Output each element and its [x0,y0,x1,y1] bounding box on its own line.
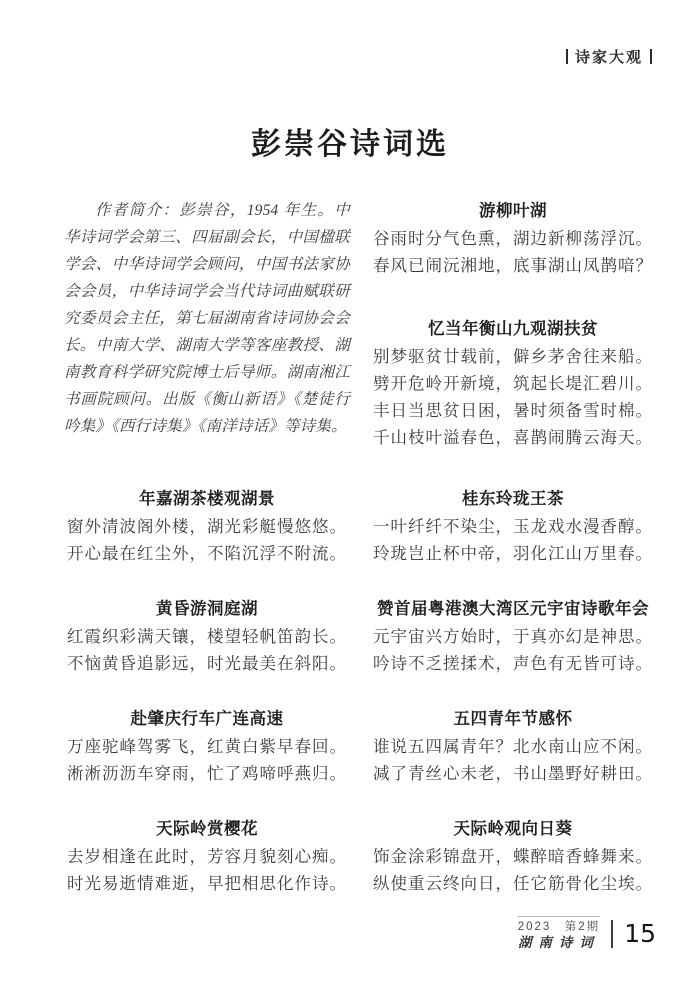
poem-line: 饰金涂彩锦盘开，蝶醉暗香蜂舞来。 [370,843,656,870]
footer-divider [611,920,613,948]
section-label: 诗家大观 [575,46,643,67]
poem-line: 一叶纤纤不染尘，玉龙戏水漫香醇。 [370,513,656,540]
poem-line: 淅淅沥沥车穿雨，忙了鸡啼呼燕归。 [64,760,350,787]
poem: 年嘉湖茶楼观湖景 窗外清波阁外楼，湖光彩艇慢悠悠。 开心最在红尘外，不陷沉浮不附… [64,485,350,595]
poem-line: 玲珑岂止杯中帝，羽化江山万里春。 [370,540,656,567]
poem-line: 春风已闹沅湘地，底事湖山凤鹊喑？ [370,252,656,279]
right-bar-icon [650,49,652,64]
poem-title: 年嘉湖茶楼观湖景 [64,485,350,513]
poem: 忆当年衡山九观湖扶贫 别梦驱贫廿载前，僻乡茅舍往来船。 劈开危岭开新境，筑起长堤… [370,315,656,485]
poem: 赞首届粤港澳大湾区元宇宙诗歌年会 元宇宙兴方始时，于真亦幻是神思。 吟诗不乏搓揉… [370,595,656,705]
poem: 游柳叶湖 谷雨时分气色熏，湖边新柳荡浮沉。 春风已闹沅湘地，底事湖山凤鹊喑？ [370,197,656,315]
poem-line: 千山枝叶溢春色，喜鹊闹腾云海天。 [370,424,656,451]
poem-title: 游柳叶湖 [370,197,656,225]
left-bar-icon [566,49,568,64]
poem-title: 五四青年节感怀 [370,705,656,733]
issue-line: 2023 第2期 [518,920,600,934]
poem-line: 时光易逝情难逝，早把相思化作诗。 [64,870,350,897]
poem-line: 窗外清波阁外楼，湖光彩艇慢悠悠。 [64,513,350,540]
page-footer: 2023 第2期 湖南诗词 15 [518,916,656,951]
poem-line: 元宇宙兴方始时，于真亦幻是神思。 [370,623,656,650]
poem-title: 天际岭观向日葵 [370,815,656,843]
poem: 黄昏游洞庭湖 红霞织彩满天镶，楼望轻帆笛韵长。 不恼黄昏追影远，时光最美在斜阳。 [64,595,350,705]
author-intro: 作者简介：彭崇谷，1954 年生。中华诗词学会第三、四届副会长，中国楹联学会、中… [64,197,350,485]
poem: 桂东玲珑王茶 一叶纤纤不染尘，玉龙戏水漫香醇。 玲珑岂止杯中帝，羽化江山万里春。 [370,485,656,595]
poem: 天际岭赏樱花 去岁相逢在此时，芳容月貌刻心痴。 时光易逝情难逝，早把相思化作诗。 [64,815,350,925]
section-tag: 诗家大观 [566,46,652,67]
poem-line: 万座驼峰驾雾飞，红黄白紫早春回。 [64,733,350,760]
page-number: 15 [624,919,656,949]
poem-title: 天际岭赏樱花 [64,815,350,843]
journal-name: 湖南诗词 [518,934,600,951]
poem-title: 忆当年衡山九观湖扶贫 [370,315,656,343]
poem-line: 去岁相逢在此时，芳容月貌刻心痴。 [64,843,350,870]
poem-line: 别梦驱贫廿载前，僻乡茅舍往来船。 [370,343,656,370]
magazine-page: 诗家大观 彭崇谷诗词选 作者简介：彭崇谷，1954 年生。中华诗词学会第三、四届… [0,0,700,989]
poem-line: 红霞织彩满天镶，楼望轻帆笛韵长。 [64,623,350,650]
left-column: 作者简介：彭崇谷，1954 年生。中华诗词学会第三、四届副会长，中国楹联学会、中… [64,197,350,925]
poem-title: 赞首届粤港澳大湾区元宇宙诗歌年会 [370,595,656,623]
issue-info: 2023 第2期 湖南诗词 [518,916,600,951]
two-column-body: 作者简介：彭崇谷，1954 年生。中华诗词学会第三、四届副会长，中国楹联学会、中… [64,197,656,925]
poem: 赴肇庆行车广连高速 万座驼峰驾雾飞，红黄白紫早春回。 淅淅沥沥车穿雨，忙了鸡啼呼… [64,705,350,815]
page-title: 彭崇谷诗词选 [0,126,700,164]
poem-line: 开心最在红尘外，不陷沉浮不附流。 [64,540,350,567]
poem: 天际岭观向日葵 饰金涂彩锦盘开，蝶醉暗香蜂舞来。 纵使重云终向日，任它筋骨化尘埃… [370,815,656,925]
poem-line: 丰日当思贫日困，暑时须备雪时棉。 [370,397,656,424]
poem-title: 桂东玲珑王茶 [370,485,656,513]
poem-line: 谷雨时分气色熏，湖边新柳荡浮沉。 [370,225,656,252]
poem-title: 黄昏游洞庭湖 [64,595,350,623]
poem-line: 减了青丝心未老，书山墨野好耕田。 [370,760,656,787]
poem-line: 谁说五四属青年？北水南山应不闲。 [370,733,656,760]
right-column: 游柳叶湖 谷雨时分气色熏，湖边新柳荡浮沉。 春风已闹沅湘地，底事湖山凤鹊喑？ 忆… [370,197,656,925]
poem-line: 纵使重云终向日，任它筋骨化尘埃。 [370,870,656,897]
poem-line: 不恼黄昏追影远，时光最美在斜阳。 [64,650,350,677]
poem-line: 劈开危岭开新境，筑起长堤汇碧川。 [370,370,656,397]
poem-line: 吟诗不乏搓揉术，声色有无皆可诗。 [370,650,656,677]
poem: 五四青年节感怀 谁说五四属青年？北水南山应不闲。 减了青丝心未老，书山墨野好耕田… [370,705,656,815]
poem-title: 赴肇庆行车广连高速 [64,705,350,733]
